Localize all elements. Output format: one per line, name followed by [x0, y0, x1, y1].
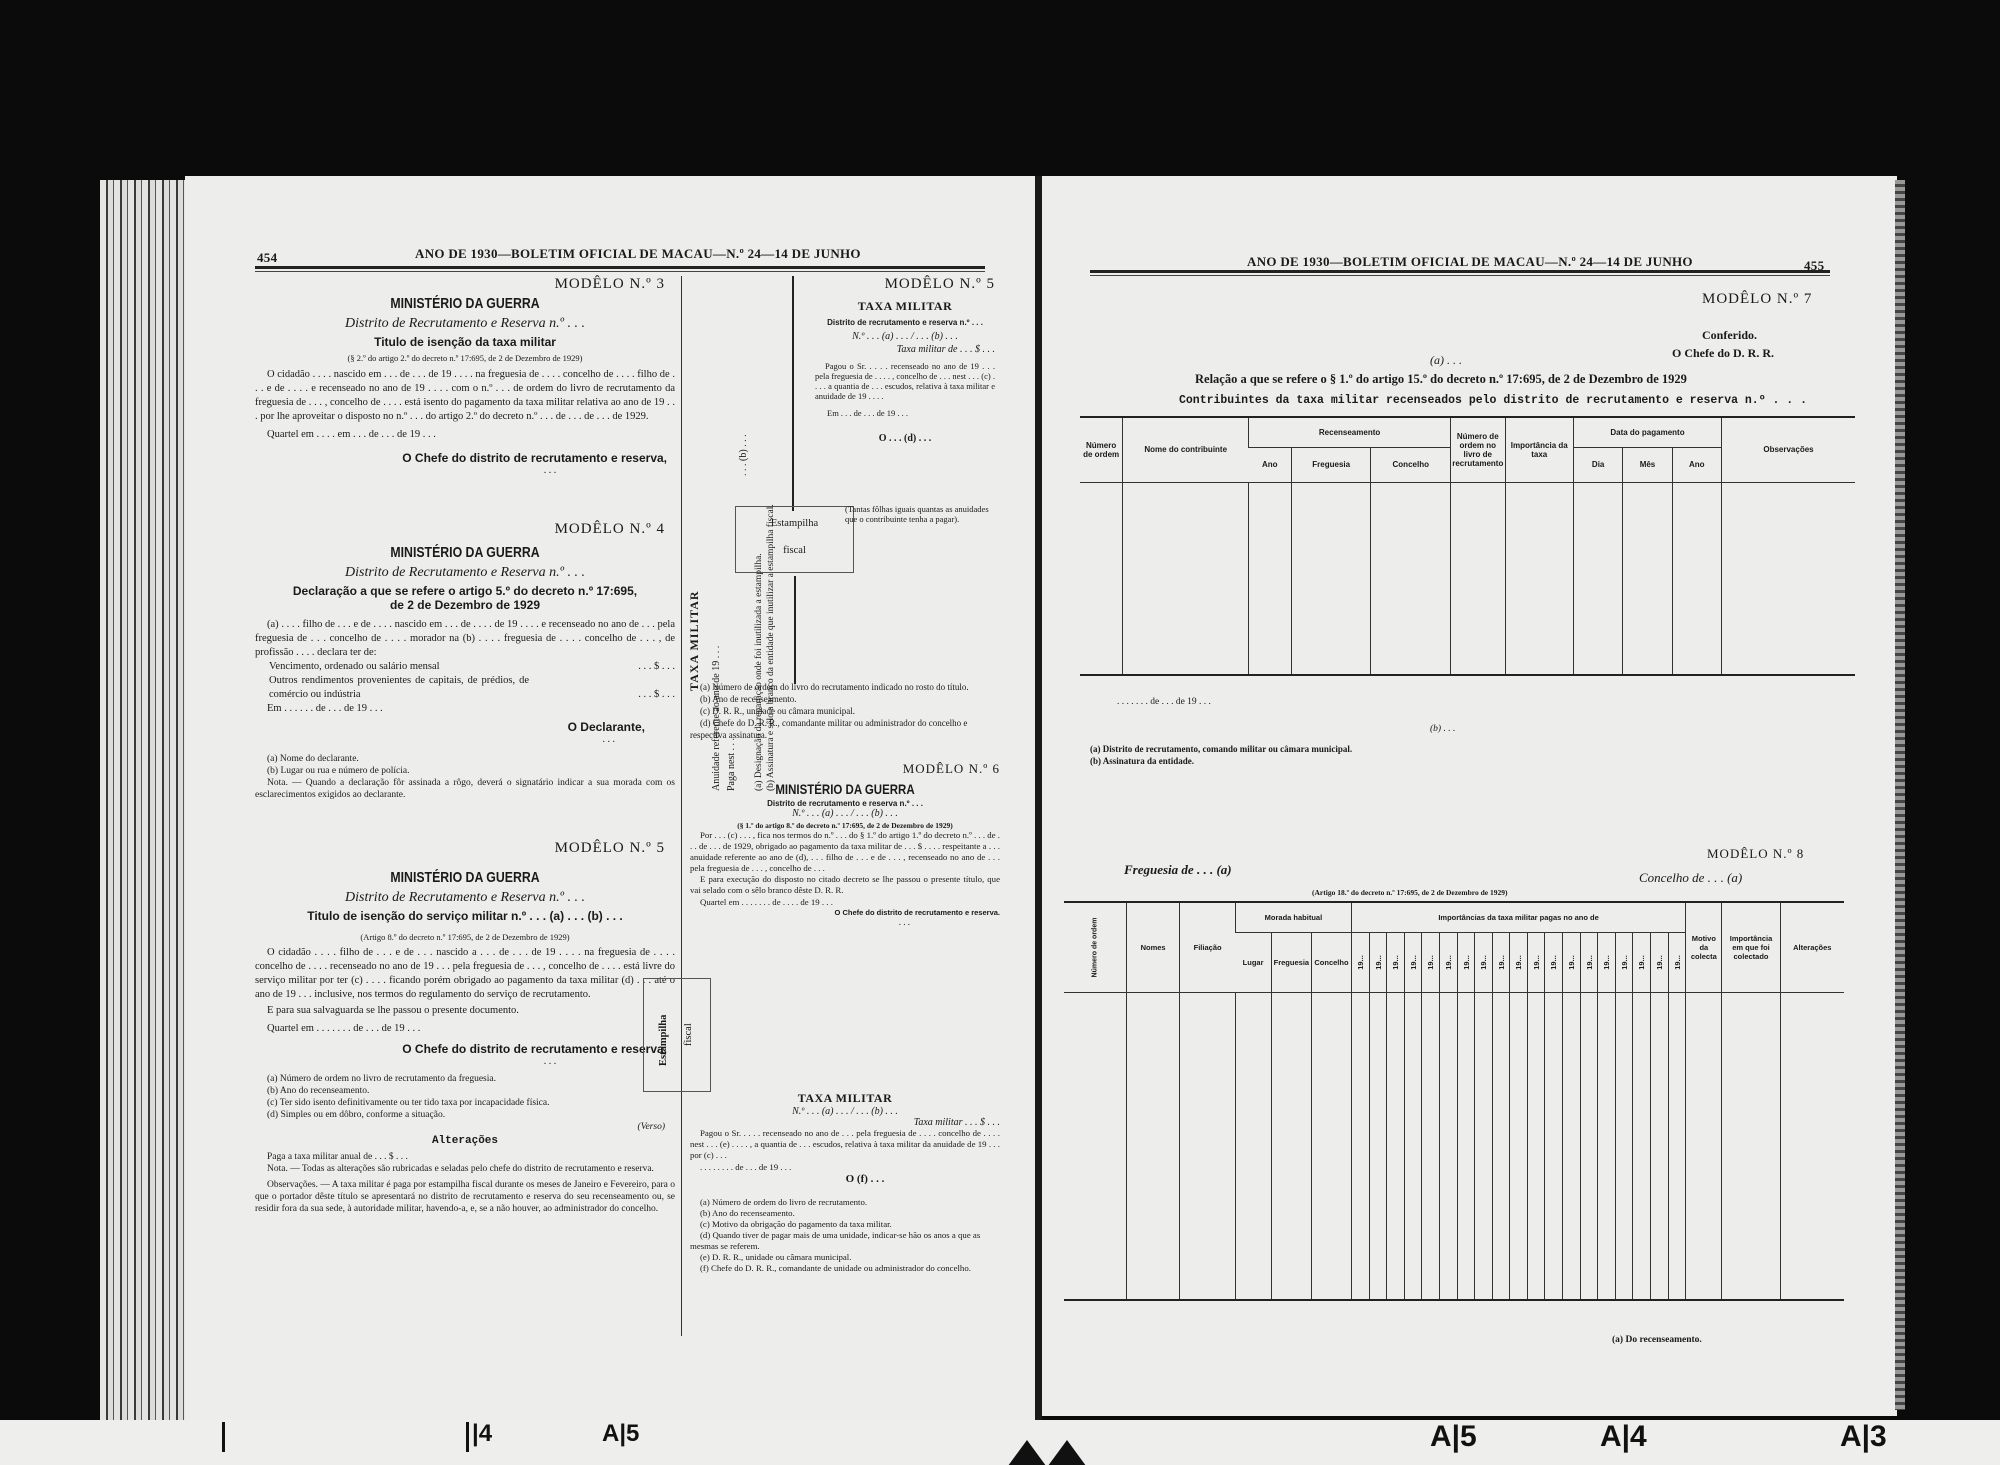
- modelo-6-district: Distrito de recrutamento e reserva n.º .…: [690, 799, 1000, 808]
- col-year-label: 19...: [1567, 955, 1576, 970]
- scan-mark: A|3: [1840, 1420, 1887, 1454]
- modelo-4-district: Distrito de Recrutamento e Reserva n.º .…: [255, 565, 675, 581]
- header-rule-right: [1090, 270, 1830, 273]
- col-year: 19...: [1598, 933, 1616, 992]
- col-year: 19...: [1545, 933, 1563, 992]
- modelo-5-alteracoes-line: Paga a taxa militar anual de . . . $ . .…: [255, 1151, 675, 1163]
- modelo-4-ministry: MINISTÉRIO DA GUERRA: [293, 544, 637, 561]
- modelo-3-title: Titulo de isenção da taxa militar: [255, 335, 675, 349]
- modelo-6-stamp-label-1: Estampilha: [657, 1015, 670, 1066]
- modelo-4-label: MODÊLO N.º 4: [255, 521, 675, 538]
- modelo-5b-tantas: (Tantas fôlhas iguais quantas as anuidad…: [815, 504, 995, 524]
- modelo-6-taxa-signature: O (f) . . .: [690, 1173, 1000, 1185]
- col-freguesia: Freguesia: [1271, 933, 1311, 992]
- modelo-4-income-value: . . . $ . . .: [638, 660, 675, 674]
- modelo-5-label: MODÊLO N.º 5: [255, 840, 675, 857]
- modelo-5b-footnote: (c) D. R. R., unidade ou câmara municipa…: [690, 705, 1000, 717]
- col-concelho: Concelho: [1312, 933, 1352, 992]
- modelo-5-verso: (Verso): [255, 1121, 675, 1133]
- modelo-3-quartel: Quartel em . . . . em . . . de . . . de …: [255, 428, 675, 442]
- col-filiacao: Filiação: [1180, 902, 1236, 992]
- modelo-3-label: MODÊLO N.º 3: [255, 276, 675, 293]
- modelo-7-footnote-a: (a) Distrito de recrutamento, comando mi…: [1090, 743, 1352, 755]
- right-page: ANO DE 1930—BOLETIM OFICIAL DE MACAU—N.º…: [1042, 176, 1897, 1416]
- registration-arrow-left: [1005, 1440, 1049, 1465]
- modelo-5-body: O cidadão . . . . filho de . . . e de . …: [255, 946, 675, 1002]
- modelo-4-other-value: . . . $ . . .: [638, 688, 675, 702]
- page-number-left: 454: [257, 250, 277, 266]
- modelo-8-table: Número de ordem Nomes Filiação Morada ha…: [1064, 901, 1844, 1301]
- right-page-edge: [1895, 180, 1905, 1410]
- modelo-8-footnote-a: (a) Do recenseamento.: [1612, 1334, 1702, 1346]
- modelo-5-alteracoes-title: Alterações: [255, 1135, 675, 1147]
- modelo-6-stamp-box: [643, 978, 711, 1092]
- scan-tick: [222, 1422, 225, 1452]
- modelo-6-footnote: (b) Ano do recenseamento.: [690, 1208, 1000, 1219]
- column-divider: [681, 276, 682, 1336]
- modelo-4-section: MODÊLO N.º 4 MINISTÉRIO DA GUERRA Distri…: [255, 521, 675, 801]
- modelo-3-ministry: MINISTÉRIO DA GUERRA: [293, 295, 637, 312]
- col-nomes: Nomes: [1126, 902, 1179, 992]
- col-morada-habitual: Morada habitual: [1235, 902, 1351, 933]
- stub-cut-line-top: [792, 276, 794, 511]
- running-header-left: ANO DE 1930—BOLETIM OFICIAL DE MACAU—N.º…: [415, 246, 861, 262]
- modelo-5-observacoes: Observações. — A taxa militar é paga por…: [255, 1179, 675, 1215]
- col-year-label: 19...: [1461, 955, 1470, 970]
- col-importancia-colectado: Importância em que foi colectado: [1722, 902, 1780, 992]
- table-row-empty: [1080, 482, 1855, 675]
- modelo-8-freguesia: Freguesia de . . . (a): [1124, 862, 1232, 878]
- modelo-4-title-line1: Declaração a que se refere o artigo 5.º …: [255, 584, 675, 598]
- modelo-6-taxa-section: TAXA MILITAR N.º . . . (a) . . . / . . .…: [690, 1091, 1000, 1274]
- header-rule-right-thin: [1090, 275, 1830, 276]
- col-year: 19...: [1457, 933, 1475, 992]
- scan-mark: A|5: [1430, 1420, 1477, 1454]
- col-motivo: Motivo da colecta: [1686, 902, 1722, 992]
- col-importancias: Importâncias da taxa militar pagas no an…: [1351, 902, 1685, 933]
- col-year-label: 19...: [1426, 955, 1435, 970]
- col-year-label: 19...: [1356, 955, 1365, 970]
- col-year-label: 19...: [1444, 955, 1453, 970]
- modelo-7-title: Relação a que se refere o § 1.º do artig…: [1195, 372, 1687, 387]
- modelo-4-footnote-a: (a) Nome do declarante.: [255, 753, 675, 765]
- col-dia: Dia: [1573, 447, 1622, 482]
- modelo-6-quartel: Quartel em . . . . . . . de . . . . de 1…: [690, 896, 1000, 908]
- modelo-6-body: Por . . . (c) . . . , fica nos termos do…: [690, 830, 1000, 874]
- col-year: 19...: [1422, 933, 1440, 992]
- col-recenseamento: Recenseamento: [1249, 417, 1451, 447]
- modelo-5-quartel: Quartel em . . . . . . . de . . . de 19 …: [255, 1022, 675, 1036]
- col-year: 19...: [1510, 933, 1528, 992]
- modelo-5-ellipsis: . . .: [255, 1056, 675, 1067]
- modelo-6-footnote: (e) D. R. R., unidade ou câmara municipa…: [690, 1252, 1000, 1263]
- stub-title: TAXA MILITAR: [687, 590, 702, 691]
- modelo-7-conferido: Conferido.: [1702, 328, 1757, 343]
- modelo-5b-footnotes: (a) Número de ordem do livro do recrutam…: [690, 681, 1000, 741]
- modelo-8-concelho: Concelho de . . . (a): [1639, 870, 1742, 886]
- modelo-6-ministry: MINISTÉRIO DA GUERRA: [718, 781, 972, 797]
- scan-mark: A|4: [1600, 1420, 1647, 1454]
- modelo-5b-signature: O . . . (d) . . .: [815, 433, 995, 444]
- modelo-5-reference: (Artigo 8.º do decreto n.º 17:695, de 2 …: [255, 931, 675, 944]
- col-year: 19...: [1615, 933, 1633, 992]
- col-year: 19...: [1439, 933, 1457, 992]
- book-page-edges: [100, 180, 188, 1420]
- modelo-6-reference: (§ 1.º do artigo 8.º do decreto n.º 17:6…: [690, 821, 1000, 830]
- modelo-7-subtitle: Contribuintes da taxa militar recenseado…: [1179, 394, 1807, 407]
- modelo-5-alteracoes-nota: Nota. — Todas as alterações são rubricad…: [255, 1163, 675, 1175]
- book-gutter: [1035, 176, 1042, 1426]
- modelo-5b-footnote: (a) Número de ordem do livro do recrutam…: [690, 681, 1000, 693]
- modelo-5-section: MODÊLO N.º 5 MINISTÉRIO DA GUERRA Distri…: [255, 840, 675, 1215]
- col-year-label: 19...: [1584, 955, 1593, 970]
- modelo-5b-body: Pagou o Sr. . . . . recenseado no ano de…: [815, 361, 995, 401]
- modelo-6-taxa-date: . . . . . . . . de . . . de 19 . . .: [690, 1161, 1000, 1173]
- col-numero-livro: Número de ordem no livro de recrutamento: [1451, 417, 1506, 482]
- col-year: 19...: [1563, 933, 1581, 992]
- modelo-7-footnote-b: (b) Assinatura da entidade.: [1090, 755, 1194, 767]
- modelo-6-taxa-value: Taxa militar . . . $ . . .: [690, 1117, 1000, 1128]
- col-numero-ordem: Número de ordem: [1080, 417, 1123, 482]
- modelo-6-footnote: (d) Quando tiver de pagar mais de uma un…: [690, 1230, 1000, 1252]
- modelo-6-section: MODÊLO N.º 6 MINISTÉRIO DA GUERRA Distri…: [690, 761, 1000, 927]
- col-numero-ordem-label: Número de ordem: [1091, 917, 1098, 977]
- col-year-label: 19...: [1532, 955, 1541, 970]
- col-year: 19...: [1580, 933, 1598, 992]
- modelo-4-income-label: Vencimento, ordenado ou salário mensal: [269, 660, 440, 674]
- col-importancia: Importância da taxa: [1505, 417, 1573, 482]
- modelo-5-district: Distrito de Recrutamento e Reserva n.º .…: [255, 890, 675, 906]
- modelo-5-title: Titulo de isenção do serviço militar n.º…: [255, 909, 675, 923]
- col-lugar: Lugar: [1235, 933, 1271, 992]
- modelo-5-salvaguarda: E para sua salvaguarda se lhe passou o p…: [255, 1004, 675, 1018]
- modelo-8-reference: (Artigo 18.º do decreto n.º 17:695, de 2…: [1312, 888, 1507, 897]
- running-header-right: ANO DE 1930—BOLETIM OFICIAL DE MACAU—N.º…: [1247, 254, 1693, 270]
- col-year-label: 19...: [1514, 955, 1523, 970]
- modelo-6-footnotes: (a) Número de ordem do livro de recrutam…: [690, 1197, 1000, 1274]
- modelo-5b-footnote: (d) Chefe do D. R. R., comandante milita…: [690, 717, 1000, 741]
- modelo-6-taxa-body: Pagou o Sr. . . . . recenseado no ano de…: [690, 1128, 1000, 1161]
- col-observacoes: Observações: [1721, 417, 1855, 482]
- col-year-label: 19...: [1672, 955, 1681, 970]
- modelo-4-other-label: Outros rendimentos provenientes de capit…: [269, 674, 529, 702]
- modelo-6-label: MODÊLO N.º 6: [690, 761, 1000, 777]
- modelo-6-taxa-number: N.º . . . (a) . . . / . . . (b) . . .: [690, 1106, 1000, 1117]
- modelo-3-body: O cidadão . . . . nascido em . . . de . …: [255, 368, 675, 424]
- modelo-5b-title: TAXA MILITAR: [815, 299, 995, 314]
- header-rule-thin: [255, 271, 985, 272]
- scan-mark: |4: [472, 1420, 492, 1448]
- scan-tick: [466, 1422, 469, 1452]
- modelo-7-chefe: O Chefe do D. R. R.: [1672, 346, 1774, 361]
- col-year: 19...: [1527, 933, 1545, 992]
- modelo-3-signature: O Chefe do distrito de recrutamento e re…: [255, 451, 675, 465]
- modelo-3-district: Distrito de Recrutamento e Reserva n.º .…: [255, 316, 675, 332]
- table-row-empty: [1064, 992, 1844, 1300]
- modelo-4-other-row: Outros rendimentos provenientes de capit…: [255, 674, 675, 702]
- col-year: 19...: [1651, 933, 1669, 992]
- scan-calibration-strip: |4 A|5 A|5 A|4 A|3: [0, 1420, 2000, 1465]
- modelo-7-a-marker: (a) . . .: [1430, 353, 1462, 368]
- modelo-6-number: N.º . . . (a) . . . / . . . (b) . . .: [690, 808, 1000, 819]
- modelo-5b-district: Distrito de recrutamento e reserva n.º .…: [815, 318, 995, 327]
- modelo-4-signature: O Declarante,: [255, 720, 675, 734]
- col-alteracoes: Alterações: [1780, 902, 1844, 992]
- col-numero-ordem: Número de ordem: [1064, 902, 1126, 992]
- col-year: 19...: [1492, 933, 1510, 992]
- modelo-6-footnote: (a) Número de ordem do livro de recrutam…: [690, 1197, 1000, 1208]
- modelo-5-signature: O Chefe do distrito de recrutamento e re…: [255, 1042, 675, 1056]
- col-data-pagamento: Data do pagamento: [1573, 417, 1721, 447]
- col-ano-pagamento: Ano: [1672, 447, 1721, 482]
- col-concelho: Concelho: [1371, 447, 1451, 482]
- modelo-6-footnote: (f) Chefe do D. R. R., comandante de uni…: [690, 1263, 1000, 1274]
- modelo-5-footnote: (d) Simples ou em dôbro, conforme a situ…: [255, 1109, 675, 1121]
- modelo-4-footnote-b: (b) Lugar ou rua e número de polícia.: [255, 765, 675, 777]
- col-year-label: 19...: [1373, 955, 1382, 970]
- scan-mark: A|5: [602, 1420, 639, 1448]
- col-nome-contribuinte: Nome do contribuinte: [1123, 417, 1249, 482]
- col-year: 19...: [1633, 933, 1651, 992]
- col-year-label: 19...: [1409, 955, 1418, 970]
- modelo-5-footnote: (a) Número de ordem no livro de recrutam…: [255, 1073, 675, 1085]
- col-year-label: 19...: [1479, 955, 1488, 970]
- modelo-5-footnote: (c) Ter sido isento definitivamente ou t…: [255, 1097, 675, 1109]
- modelo-3-section: MODÊLO N.º 3 MINISTÉRIO DA GUERRA Distri…: [255, 276, 675, 476]
- modelo-8-label: MODÊLO N.º 8: [1707, 846, 1804, 862]
- modelo-4-body: (a) . . . . filho de . . . e de . . . . …: [255, 618, 675, 660]
- modelo-6-taxa-title: TAXA MILITAR: [690, 1091, 1000, 1106]
- col-year-label: 19...: [1620, 955, 1629, 970]
- modelo-5-footnotes: (a) Número de ordem no livro de recrutam…: [255, 1073, 675, 1121]
- col-year-label: 19...: [1549, 955, 1558, 970]
- modelo-3-reference: (§ 2.º do artigo 2.º do decreto n.º 17:6…: [255, 352, 675, 365]
- modelo-4-income-row: Vencimento, ordenado ou salário mensal .…: [255, 660, 675, 674]
- modelo-7-b-marker: (b) . . .: [1430, 723, 1455, 735]
- modelo-5b-footnote: (b) Ano de recenseamento.: [690, 693, 1000, 705]
- modelo-7-label: MODÊLO N.º 7: [1702, 291, 1812, 308]
- stub-cut-line-bottom: [794, 576, 796, 684]
- modelo-5b-date: Em . . . de . . . de 19 . . .: [815, 407, 995, 419]
- col-year-label: 19...: [1391, 955, 1400, 970]
- header-rule: [255, 266, 985, 269]
- modelo-5b-section: MODÊLO N.º 5 TAXA MILITAR Distrito de re…: [815, 276, 995, 524]
- col-mes: Mês: [1623, 447, 1672, 482]
- col-ano: Ano: [1249, 447, 1292, 482]
- modelo-6-stamp-label-2: fiscal: [682, 1023, 695, 1046]
- col-year-label: 19...: [1496, 955, 1505, 970]
- modelo-5b-taxa: Taxa militar de . . . $ . . .: [815, 344, 995, 355]
- col-year: 19...: [1475, 933, 1493, 992]
- modelo-4-nota: Nota. — Quando a declaração fôr assinada…: [255, 777, 675, 801]
- col-year: 19...: [1351, 933, 1369, 992]
- col-year: 19...: [1404, 933, 1422, 992]
- modelo-7-table: Número de ordem Nome do contribuinte Rec…: [1080, 416, 1855, 676]
- col-freguesia: Freguesia: [1291, 447, 1371, 482]
- registration-arrow-right: [1045, 1440, 1089, 1465]
- col-year-label: 19...: [1602, 955, 1611, 970]
- col-year-label: 19...: [1655, 955, 1664, 970]
- col-year: 19...: [1369, 933, 1387, 992]
- modelo-7-date: . . . . . . . de . . . de 19 . . .: [1117, 696, 1211, 708]
- modelo-6-execucao: E para execução do disposto no citado de…: [690, 874, 1000, 896]
- modelo-4-title-line2: de 2 de Dezembro de 1929: [255, 598, 675, 612]
- col-year: 19...: [1387, 933, 1405, 992]
- stub-b: . . . (b) . . .: [737, 434, 750, 476]
- modelo-6-signature: O Chefe do distrito de recrutamento e re…: [690, 908, 1000, 917]
- modelo-6-ellipsis: . . .: [690, 917, 1000, 927]
- modelo-5-footnote: (b) Ano do recenseamento.: [255, 1085, 675, 1097]
- modelo-4-ellipsis: . . .: [255, 734, 675, 745]
- modelo-6-footnote: (c) Motivo da obrigação do pagamento da …: [690, 1219, 1000, 1230]
- col-year-label: 19...: [1637, 955, 1646, 970]
- modelo-5-ministry: MINISTÉRIO DA GUERRA: [293, 869, 637, 886]
- modelo-5b-number: N.º . . . (a) . . . / . . . (b) . . .: [815, 331, 995, 342]
- stamp-label-2: fiscal: [736, 544, 853, 557]
- modelo-5b-label: MODÊLO N.º 5: [815, 276, 995, 293]
- modelo-3-ellipsis: . . .: [255, 465, 675, 476]
- col-year: 19...: [1668, 933, 1686, 992]
- left-page: 454 ANO DE 1930—BOLETIM OFICIAL DE MACAU…: [185, 176, 1035, 1426]
- modelo-4-date: Em . . . . . . de . . . de 19 . . .: [255, 702, 675, 716]
